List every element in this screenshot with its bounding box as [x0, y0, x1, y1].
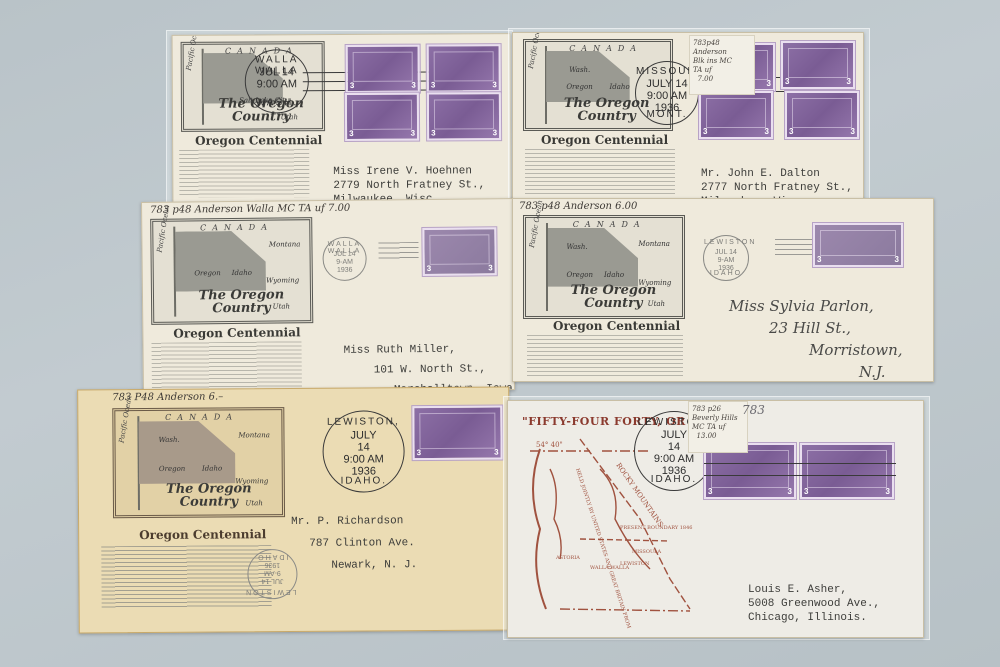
price-note: 783p48 Anderson Blk ins MC TA uf 7.00: [689, 35, 755, 95]
cover-middle-right: 783 p48 Anderson 6.00 CANADA Pacific Oce…: [512, 198, 934, 382]
wavy-cancel: [775, 239, 815, 257]
stamp: 33: [699, 91, 773, 139]
cover-top-left: CANADA Pacific Ocean Salt Lake City Utah…: [172, 33, 512, 203]
wavy-cancel: [378, 242, 418, 260]
cachet-title: Oregon Centennial: [173, 325, 300, 340]
cachet-description: [525, 149, 675, 195]
cover-middle-left: 783 p48 Anderson Walla MC TA uf 7.00 CAN…: [141, 198, 515, 394]
stamp: 33: [346, 45, 420, 93]
cover-top-right: CANADA Pacific Ocean Wash. Oregon Idaho …: [512, 32, 864, 200]
oregon-country-map: CANADA Pacific Ocean Wash. Montana Orego…: [112, 407, 285, 518]
stamp: 33: [427, 92, 501, 140]
address: Mr. John E. Dalton2777 North Fratney St.…: [701, 167, 853, 200]
pencil-note: 783: [742, 403, 765, 417]
stamp: 33: [412, 406, 502, 461]
stamp: 33: [427, 44, 501, 92]
backstamp-postmark: LEWISTON JUL 149-AM1936 IDAHO: [247, 549, 297, 599]
handwritten-address: Miss Sylvia Parlon,23 Hill St.,Morristow…: [729, 295, 903, 382]
cachet-description: [527, 335, 683, 379]
oregon-country-map: CANADA Pacific Ocean Montana Oregon Idah…: [150, 217, 313, 325]
cancel-line: [704, 463, 896, 464]
address: Louis E. Asher,5008 Greenwood Ave.,Chica…: [748, 583, 880, 625]
cachet-description-struck: [101, 545, 271, 608]
svg-text:ASTORIA: ASTORIA: [555, 555, 580, 561]
cachet-description: [151, 341, 301, 389]
stamp: 33: [345, 93, 419, 141]
stamp: 33: [785, 91, 859, 139]
stamp: 33: [800, 443, 894, 499]
cachet-title: Oregon Centennial: [195, 133, 322, 148]
cachet-title: Oregon Centennial: [541, 133, 668, 147]
cachet-title: Oregon Centennial: [553, 319, 680, 333]
cachet-description: [179, 149, 309, 198]
stamp: 33: [422, 227, 496, 276]
postmark: LEWISTON JUL 149-AM1936 IDAHO: [703, 235, 749, 281]
cover-bottom-left: 783 P48 Anderson 6.– CANADA Pacific Ocea…: [77, 386, 511, 633]
postmark: WALLA WALLA JUL 149:00 AM WASH.: [245, 49, 309, 113]
cover-bottom-right: "FIFTY-FOUR FORTY, OR FIGHT" 54° 40" ROC…: [507, 400, 924, 638]
stamp: 33: [813, 223, 903, 267]
address: Miss Irene V. Hoehnen2779 North Fratney …: [333, 164, 485, 203]
svg-text:PRESENT BOUNDARY 1846: PRESENT BOUNDARY 1846: [620, 525, 692, 531]
cachet-title: Oregon Centennial: [139, 527, 266, 542]
address: Mr. P. Richardson787 Clinton Ave.Newark,…: [291, 510, 417, 577]
pencil-note: 783 p48 Anderson Walla MC TA uf 7.00: [150, 203, 350, 216]
svg-text:WALLA WALLA: WALLA WALLA: [590, 565, 629, 571]
oregon-country-map: CANADA Pacific Ocean Wash. Montana Orego…: [523, 215, 685, 319]
postmark: LEWISTON, JULY149:00 AM1936 IDAHO.: [322, 410, 405, 493]
postmark: WALLA WALLA JUL 149-AM1936: [322, 237, 366, 281]
cancel-line: [704, 475, 896, 476]
svg-text:54° 40": 54° 40": [536, 441, 563, 449]
svg-text:MISSOULA: MISSOULA: [632, 549, 661, 555]
stamp: 33: [781, 41, 855, 89]
price-note: 783 p26 Beverly Hills MC TA uf 13.00: [688, 401, 748, 453]
